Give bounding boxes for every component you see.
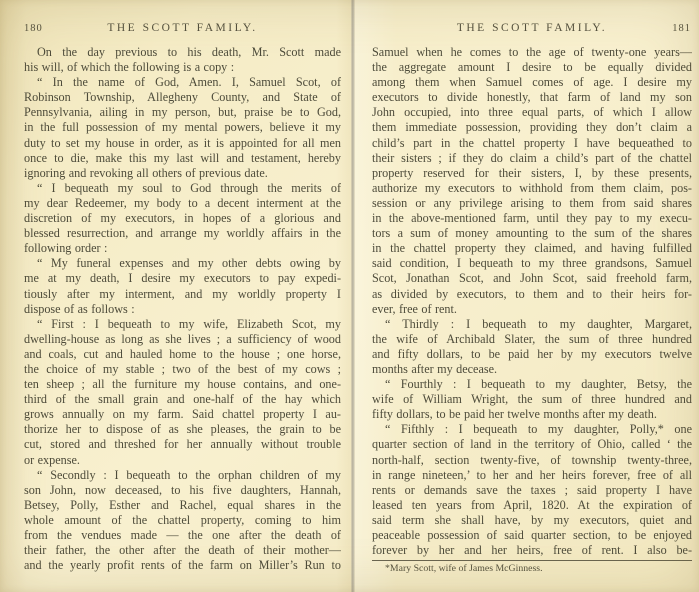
page-181-header: THE SCOTT FAMILY. 181 [372, 22, 692, 38]
text-line: “ First : I bequeath to my wife, Elizabe… [24, 317, 341, 332]
text-line: Samuel when he comes to the age of twent… [372, 45, 692, 60]
text-line: “ Thirdly : I bequeath to my daughter, M… [372, 317, 692, 332]
running-header-left: THE SCOTT FAMILY. [24, 22, 341, 34]
text-line: grows annually on my farm. Said chattel … [24, 407, 341, 422]
text-line: dispose of as follows : [24, 302, 341, 317]
text-line: forever by her and her heirs, free of re… [372, 543, 692, 558]
text-line: “ Fifthly : I bequeath to my daughter, P… [372, 422, 692, 437]
text-line: me at my death, I desire my executors to… [24, 271, 341, 286]
text-line: following order : [24, 241, 341, 256]
text-line: leased ten years from April, 1820. At th… [372, 498, 692, 513]
text-line: third of the small grain and one-half of… [24, 392, 341, 407]
text-line: “ I bequeath my soul to God through the … [24, 181, 341, 196]
text-line: my dear Redeemer, my body to a decent in… [24, 196, 341, 211]
text-line: north-half, section twenty-five, of town… [372, 453, 692, 468]
text-line: John occupied, into three equal parts, o… [372, 105, 692, 120]
page-180-header: 180 THE SCOTT FAMILY. [24, 22, 341, 38]
text-line: Robinson Township, Allegheny County, and… [24, 90, 341, 105]
text-line: rents or demands save the taxes ; said p… [372, 483, 692, 498]
text-line: and fifty dollars, to be paid her by my … [372, 347, 692, 362]
text-line: “ Fourthly : I bequeath to my daughter, … [372, 377, 692, 392]
text-line: the wife of Archibald Slater, the sum of… [372, 332, 692, 347]
text-line: authorize my executors to withhold from … [372, 181, 692, 196]
text-line: child’s part in the chattel property I h… [372, 136, 692, 151]
text-line: the aggregate amount I desire to be equa… [372, 60, 692, 75]
page-180-text: On the day previous to his death, Mr. Sc… [24, 45, 341, 573]
text-line: duty to set my house in order, as it is … [24, 136, 341, 151]
text-line: ever, free of rent. [372, 302, 692, 317]
text-line: whole amount of the chattel property, co… [24, 513, 341, 528]
text-line: as divided by executors, to them and to … [372, 287, 692, 302]
text-line: tiously after my interment, and my world… [24, 287, 341, 302]
text-line: months after my decease. [372, 362, 692, 377]
text-line: them immediate possession, providing the… [372, 120, 692, 135]
footnote: *Mary Scott, wife of James McGinness. [372, 560, 692, 575]
text-line: quarter section of land in the territory… [372, 437, 692, 452]
text-line: dwelling-house as long as she lives ; a … [24, 332, 341, 347]
text-line: and the yearly profit rents of the farm … [24, 558, 341, 573]
text-line: fifty dollars, to be paid her twelve mon… [372, 407, 692, 422]
text-line: said condition, I bequeath to my three g… [372, 256, 692, 271]
text-line: his will, of which the following is a co… [24, 60, 341, 75]
text-line: and coals, cut and hauled home to the ho… [24, 347, 341, 362]
page-181: THE SCOTT FAMILY. 181 Samuel when he com… [355, 0, 699, 592]
text-line: once to die, make this my last will and … [24, 151, 341, 166]
footnote-text: *Mary Scott, wife of James McGinness. [372, 563, 692, 575]
text-line: Scot, Jonathan Scot, and John Scot, said… [372, 271, 692, 286]
text-line: in range nineteen,’ to her and her heirs… [372, 468, 692, 483]
text-line: peaceable possession of said quarter sec… [372, 528, 692, 543]
text-line: in the above-mentioned farm, until they … [372, 211, 692, 226]
text-line: “ In the name of God, Amen. I, Samuel Sc… [24, 75, 341, 90]
page-180: 180 THE SCOTT FAMILY. On the day previou… [0, 0, 352, 592]
text-line: their sisters ; if they do claim a child… [372, 151, 692, 166]
text-line: ignoring and revoking all others of prev… [24, 166, 341, 181]
text-line: in the full possession of my mental powe… [24, 120, 341, 135]
text-line: said term she shall have, by my executor… [372, 513, 692, 528]
text-line: the choice of my stable ; two of the bes… [24, 362, 341, 377]
page-number-right: 181 [672, 23, 691, 34]
text-line: or expense. [24, 453, 341, 468]
running-header-right: THE SCOTT FAMILY. [372, 22, 692, 34]
page-181-text: Samuel when he comes to the age of twent… [372, 45, 692, 558]
text-line: executors to divide honestly, that farm … [372, 90, 692, 105]
text-line: On the day previous to his death, Mr. Sc… [24, 45, 341, 60]
text-line: tors a sum of money amounting to the sum… [372, 226, 692, 241]
text-line: “ Secondly : I bequeath to the orphan ch… [24, 468, 341, 483]
text-line: session or any privilege arising to them… [372, 196, 692, 211]
text-line: son John, now deceased, to his five daug… [24, 483, 341, 498]
book-spread: 180 THE SCOTT FAMILY. On the day previou… [0, 0, 699, 592]
text-line: their father, the other after the death … [24, 543, 341, 558]
text-line: thorize her to dispose of as she pleases… [24, 422, 341, 437]
footnote-rule [372, 560, 692, 561]
text-line: wife of William Wright, the sum of three… [372, 392, 692, 407]
text-line: cut, stored and threshed for her annuall… [24, 437, 341, 452]
text-line: property reserved for their sisters, I, … [372, 166, 692, 181]
text-line: ten sheep ; all the furniture my house c… [24, 377, 341, 392]
text-line: among them when Samuel comes of age. I d… [372, 75, 692, 90]
text-line: Betsey, Polly, Esther and Rachel, equal … [24, 498, 341, 513]
text-line: blessed resurrection, and arrange my wor… [24, 226, 341, 241]
text-line: Pennsylvania, ailing in my person, but, … [24, 105, 341, 120]
text-line: “ My funeral expenses and my other debts… [24, 256, 341, 271]
text-line: in the chattel property they claimed, an… [372, 241, 692, 256]
text-line: from the vendues made — the one after th… [24, 528, 341, 543]
text-line: discretion of my executors, in hopes of … [24, 211, 341, 226]
